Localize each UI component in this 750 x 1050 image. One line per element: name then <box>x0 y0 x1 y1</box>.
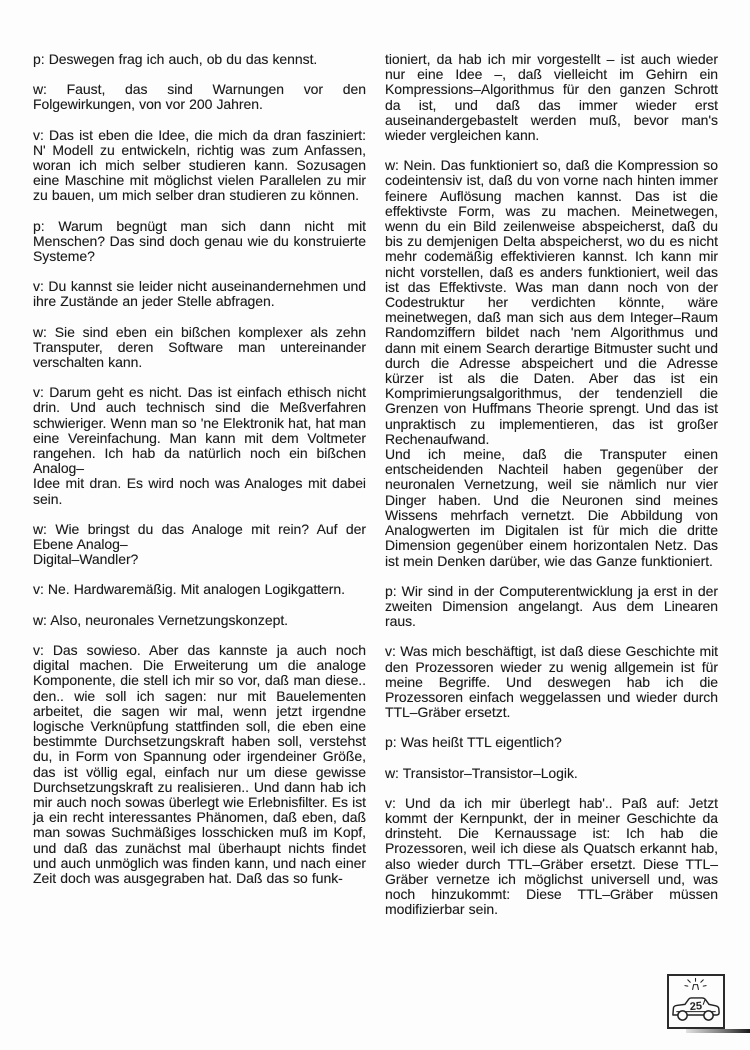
paragraph-right-4: p: Was heißt TTL eigentlich? <box>385 735 718 750</box>
scan-artifact <box>686 1029 750 1033</box>
paragraph-left-6: v: Darum geht es nicht. Das ist einfach … <box>33 385 366 507</box>
paragraph-right-0: tioniert, da hab ich mir vorgestellt – i… <box>385 52 718 143</box>
paragraph-left-8: v: Ne. Hardwaremäßig. Mit analogen Logik… <box>33 582 366 597</box>
police-car-icon: 25 <box>670 977 722 1026</box>
paragraph-left-10: v: Das sowieso. Aber das kannste ja auch… <box>33 643 366 886</box>
paragraph-right-3: v: Was mich beschäftigt, ist daß diese G… <box>385 644 718 720</box>
left-column: p: Deswegen frag ich auch, ob du das ken… <box>33 52 366 932</box>
paragraph-left-2: v: Das ist eben die Idee, die mich da dr… <box>33 128 366 204</box>
paragraph-left-9: w: Also, neuronales Vernetzungskonzept. <box>33 613 366 628</box>
paragraph-left-1: w: Faust, das sind Warnungen vor den Fol… <box>33 82 366 112</box>
paragraph-right-6: v: Und da ich mir überlegt hab'.. Paß au… <box>385 796 718 918</box>
paragraph-left-3: p: Warum begnügt man sich dann nicht mit… <box>33 219 366 265</box>
paragraph-right-5: w: Transistor–Transistor–Logik. <box>385 766 718 781</box>
page-number-stamp: 25 <box>667 974 725 1029</box>
paragraph-right-1: w: Nein. Das funktioniert so, daß die Ko… <box>385 158 718 568</box>
scanned-document-page: p: Deswegen frag ich auch, ob du das ken… <box>0 0 750 1050</box>
paragraph-left-4: v: Du kannst sie leider nicht auseinande… <box>33 279 366 309</box>
paragraph-left-7: w: Wie bringst du das Analoge mit rein? … <box>33 522 366 568</box>
right-column: tioniert, da hab ich mir vorgestellt – i… <box>385 52 718 932</box>
paragraph-left-5: w: Sie sind eben ein bißchen komplexer a… <box>33 325 366 371</box>
paragraph-right-2: p: Wir sind in der Computerentwicklung j… <box>385 584 718 630</box>
two-column-text-body: p: Deswegen frag ich auch, ob du das ken… <box>0 0 750 932</box>
paragraph-left-0: p: Deswegen frag ich auch, ob du das ken… <box>33 52 366 67</box>
page-number: 25 <box>689 1000 702 1013</box>
